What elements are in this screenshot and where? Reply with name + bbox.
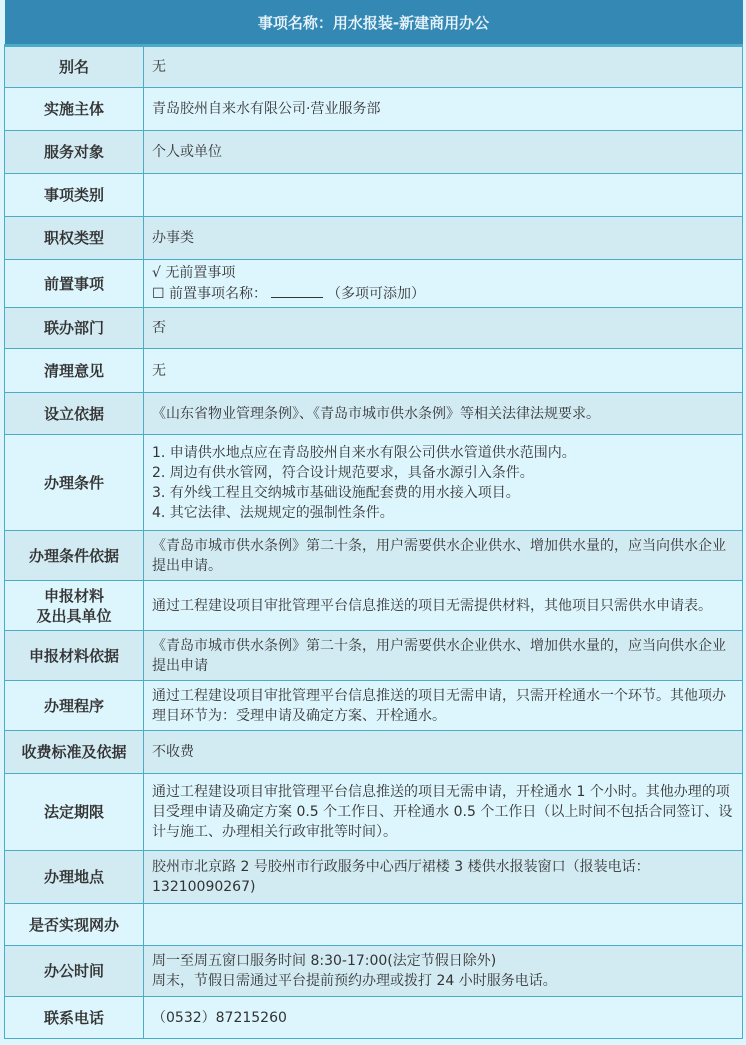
row-procedure: 办理程序 通过工程建设项目审批管理平台信息推送的项目无需申请，只需开栓通水一个环…	[5, 681, 743, 731]
condition-item: 4. 其它法律、法规规定的强制性条件。	[152, 503, 734, 523]
row-office-hours: 办公时间 周一至周五窗口服务时间 8:30-17:00(法定节假日除外) 周末，…	[5, 946, 743, 997]
row-online-handling: 是否实现网办	[5, 904, 743, 946]
hours-line: 周末，节假日需通过平台提前预约办理或拨打 24 小时服务电话。	[152, 971, 734, 991]
row-label: 设立依据	[5, 393, 144, 435]
row-label: 联系电话	[5, 997, 144, 1039]
row-label: 联办部门	[5, 308, 144, 349]
row-item-category: 事项类别	[5, 174, 743, 217]
label-line: 申报材料	[7, 586, 141, 606]
row-label: 办理程序	[5, 681, 144, 731]
condition-item: 2. 周边有供水管网，符合设计规范要求，具备水源引入条件。	[152, 463, 734, 483]
row-location: 办理地点 胶州市北京路 2 号胶州市行政服务中心西厅裙楼 3 楼供水报装窗口（报…	[5, 851, 743, 904]
row-value: 通过工程建设项目审批管理平台信息推送的项目无需申请，只需开栓通水一个环节。其他项…	[144, 681, 743, 731]
row-handling-conditions: 办理条件 1. 申请供水地点应在青岛胶州自来水有限公司供水管道供水范围内。 2.…	[5, 435, 743, 531]
row-prerequisite: 前置事项 √ 无前置事项 ☐ 前置事项名称：（多项可添加）	[5, 260, 743, 308]
row-value: 通过工程建设项目审批管理平台信息推送的项目无需申请，开栓通水 1 个小时。其他办…	[144, 774, 743, 851]
row-joint-department: 联办部门 否	[5, 308, 743, 349]
row-value: 通过工程建设项目审批管理平台信息推送的项目无需提供材料，其他项目只需供水申请表。	[144, 581, 743, 631]
row-label: 申报材料依据	[5, 631, 144, 681]
row-conditions-basis: 办理条件依据 《青岛市城市供水条例》第二十条，用户需要供水企业供水、增加供水量的…	[5, 531, 743, 581]
row-label: 职权类型	[5, 217, 144, 260]
row-contact-phone: 联系电话 （0532）87215260	[5, 997, 743, 1039]
row-value: 胶州市北京路 2 号胶州市行政服务中心西厅裙楼 3 楼供水报装窗口（报装电话：1…	[144, 851, 743, 904]
label-line: 及出具单位	[7, 606, 141, 626]
row-label: 实施主体	[5, 88, 144, 131]
row-label: 事项类别	[5, 174, 144, 217]
row-label: 办理条件	[5, 435, 144, 531]
prerequisite-note: （多项可添加）	[327, 286, 425, 302]
row-label: 服务对象	[5, 131, 144, 174]
prerequisite-name-label: ☐ 前置事项名称：	[152, 286, 267, 302]
row-authority-type: 职权类型 办事类	[5, 217, 743, 260]
row-label: 办公时间	[5, 946, 144, 997]
row-value: 《青岛市城市供水条例》第二十条，用户需要供水企业供水、增加供水量的，应当向供水企…	[144, 631, 743, 681]
row-label: 申报材料 及出具单位	[5, 581, 144, 631]
row-label: 清理意见	[5, 349, 144, 393]
row-service-target: 服务对象 个人或单位	[5, 131, 743, 174]
prerequisite-name-blank	[271, 283, 323, 298]
service-item-table-container: 事项名称：用水报装-新建商用办公 别名 无 实施主体 青岛胶州自来水有限公司·营…	[4, 0, 743, 1039]
row-fee-standard: 收费标准及依据 不收费	[5, 731, 743, 774]
hours-line: 周一至周五窗口服务时间 8:30-17:00(法定节假日除外)	[152, 951, 734, 971]
no-prerequisite-checked: √ 无前置事项	[152, 264, 734, 283]
service-item-table: 事项名称：用水报装-新建商用办公 别名 无 实施主体 青岛胶州自来水有限公司·营…	[4, 0, 743, 1039]
row-label: 办理条件依据	[5, 531, 144, 581]
row-value: 《青岛市城市供水条例》第二十条，用户需要供水企业供水、增加供水量的，应当向供水企…	[144, 531, 743, 581]
row-value: 青岛胶州自来水有限公司·营业服务部	[144, 88, 743, 131]
row-value: 否	[144, 308, 743, 349]
row-implementing-body: 实施主体 青岛胶州自来水有限公司·营业服务部	[5, 88, 743, 131]
row-value: 《山东省物业管理条例》、《青岛市城市供水条例》等相关法律法规要求。	[144, 393, 743, 435]
row-label: 收费标准及依据	[5, 731, 144, 774]
row-value: √ 无前置事项 ☐ 前置事项名称：（多项可添加）	[144, 260, 743, 308]
row-label: 办理地点	[5, 851, 144, 904]
prerequisite-name-line: ☐ 前置事项名称：（多项可添加）	[152, 283, 734, 304]
row-value: 个人或单位	[144, 131, 743, 174]
row-statutory-deadline: 法定期限 通过工程建设项目审批管理平台信息推送的项目无需申请，开栓通水 1 个小…	[5, 774, 743, 851]
row-cleanup-opinion: 清理意见 无	[5, 349, 743, 393]
row-label: 前置事项	[5, 260, 144, 308]
condition-item: 1. 申请供水地点应在青岛胶州自来水有限公司供水管道供水范围内。	[152, 443, 734, 463]
row-value: 无	[144, 46, 743, 88]
table-title: 事项名称：用水报装-新建商用办公	[5, 0, 743, 46]
row-materials-basis: 申报材料依据 《青岛市城市供水条例》第二十条，用户需要供水企业供水、增加供水量的…	[5, 631, 743, 681]
condition-item: 3. 有外线工程且交纳城市基础设施配套费的用水接入项目。	[152, 483, 734, 503]
row-value: 办事类	[144, 217, 743, 260]
row-value: 无	[144, 349, 743, 393]
row-label: 是否实现网办	[5, 904, 144, 946]
row-value: 周一至周五窗口服务时间 8:30-17:00(法定节假日除外) 周末，节假日需通…	[144, 946, 743, 997]
row-value: （0532）87215260	[144, 997, 743, 1039]
row-label: 别名	[5, 46, 144, 88]
row-value	[144, 174, 743, 217]
row-legal-basis: 设立依据 《山东省物业管理条例》、《青岛市城市供水条例》等相关法律法规要求。	[5, 393, 743, 435]
row-application-materials: 申报材料 及出具单位 通过工程建设项目审批管理平台信息推送的项目无需提供材料，其…	[5, 581, 743, 631]
row-value: 1. 申请供水地点应在青岛胶州自来水有限公司供水管道供水范围内。 2. 周边有供…	[144, 435, 743, 531]
row-label: 法定期限	[5, 774, 144, 851]
row-value	[144, 904, 743, 946]
row-value: 不收费	[144, 731, 743, 774]
row-alias: 别名 无	[5, 46, 743, 88]
